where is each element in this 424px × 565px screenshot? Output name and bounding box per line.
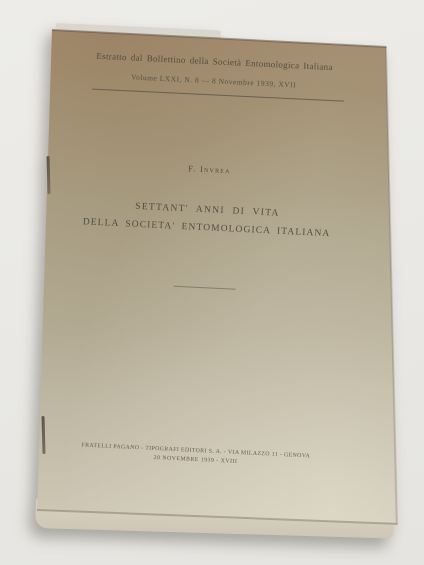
separator-rule <box>174 286 236 290</box>
photo-background: Estratto dal Bollettino della Società En… <box>0 0 424 565</box>
cover-content: Estratto dal Bollettino della Società En… <box>16 28 392 549</box>
header-rule <box>92 89 344 102</box>
booklet: Estratto dal Bollettino della Società En… <box>0 0 424 565</box>
author-name: F. Invrea <box>33 156 385 183</box>
